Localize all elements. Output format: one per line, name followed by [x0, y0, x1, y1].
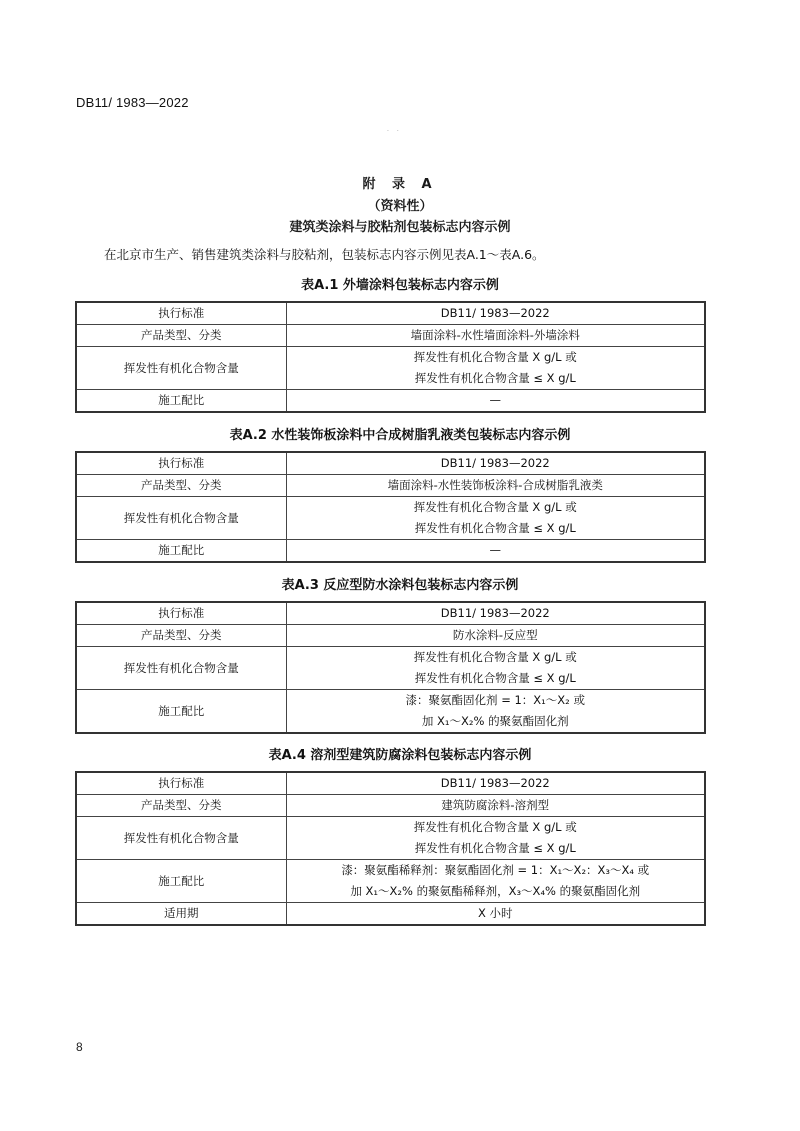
row-value: 漆：聚氨酯固化剂 = 1：X₁～X₂ 或 加 X₁～X₂% 的聚氨酯固化剂: [286, 690, 705, 734]
row-label: 产品类型、分类: [76, 795, 286, 817]
row-value: 墙面涂料-水性装饰板涂料-合成树脂乳液类: [286, 475, 705, 497]
row-label: 施工配比: [76, 390, 286, 413]
table-row: 适用期 X 小时: [76, 903, 705, 926]
table-row: 产品类型、分类 墙面涂料-水性装饰板涂料-合成树脂乳液类: [76, 475, 705, 497]
value-line: 挥发性有机化合物含量 ≤ X g/L: [287, 368, 705, 389]
appendix-heading: 建筑类涂料与胶粘剂包装标志内容示例: [0, 216, 800, 235]
row-label: 施工配比: [76, 860, 286, 903]
row-label: 适用期: [76, 903, 286, 926]
value-line: 挥发性有机化合物含量 ≤ X g/L: [287, 518, 705, 539]
row-value: 挥发性有机化合物含量 X g/L 或 挥发性有机化合物含量 ≤ X g/L: [286, 497, 705, 540]
row-value: DB11/ 1983—2022: [286, 302, 705, 325]
value-line: 挥发性有机化合物含量 X g/L 或: [287, 817, 705, 838]
value-line: 挥发性有机化合物含量 X g/L 或: [287, 497, 705, 518]
row-value: 挥发性有机化合物含量 X g/L 或 挥发性有机化合物含量 ≤ X g/L: [286, 347, 705, 390]
value-line: 挥发性有机化合物含量 X g/L 或: [287, 647, 705, 668]
page-number: 8: [76, 1040, 83, 1054]
table-row: 产品类型、分类 防水涂料-反应型: [76, 625, 705, 647]
table-row: 施工配比 —: [76, 390, 705, 413]
row-label: 执行标准: [76, 452, 286, 475]
row-label: 挥发性有机化合物含量: [76, 347, 286, 390]
table-row: 产品类型、分类 建筑防腐涂料-溶剂型: [76, 795, 705, 817]
table-row: 施工配比 漆：聚氨酯固化剂 = 1：X₁～X₂ 或 加 X₁～X₂% 的聚氨酯固…: [76, 690, 705, 734]
table-row: 挥发性有机化合物含量 挥发性有机化合物含量 X g/L 或 挥发性有机化合物含量…: [76, 347, 705, 390]
value-line: 加 X₁～X₂% 的聚氨酯固化剂: [287, 711, 705, 732]
row-value: 挥发性有机化合物含量 X g/L 或 挥发性有机化合物含量 ≤ X g/L: [286, 817, 705, 860]
table-row: 挥发性有机化合物含量 挥发性有机化合物含量 X g/L 或 挥发性有机化合物含量…: [76, 817, 705, 860]
table-row: 执行标准 DB11/ 1983—2022: [76, 452, 705, 475]
row-value: —: [286, 540, 705, 563]
row-value: DB11/ 1983—2022: [286, 602, 705, 625]
row-label: 执行标准: [76, 772, 286, 795]
table-a4-caption: 表A.4 溶剂型建筑防腐涂料包装标志内容示例: [0, 744, 800, 763]
intro-paragraph: 在北京市生产、销售建筑类涂料与胶粘剂，包装标志内容示例见表A.1～表A.6。: [104, 245, 545, 263]
table-row: 产品类型、分类 墙面涂料-水性墙面涂料-外墙涂料: [76, 325, 705, 347]
table-row: 施工配比 —: [76, 540, 705, 563]
value-line: 漆：聚氨酯固化剂 = 1：X₁～X₂ 或: [287, 690, 705, 711]
table-a2-caption: 表A.2 水性装饰板涂料中合成树脂乳液类包装标志内容示例: [0, 424, 800, 443]
table-row: 施工配比 漆：聚氨酯稀释剂：聚氨酯固化剂 = 1：X₁～X₂：X₃～X₄ 或 加…: [76, 860, 705, 903]
row-label: 施工配比: [76, 690, 286, 734]
row-value: 挥发性有机化合物含量 X g/L 或 挥发性有机化合物含量 ≤ X g/L: [286, 647, 705, 690]
row-label: 施工配比: [76, 540, 286, 563]
table-a3: 执行标准 DB11/ 1983—2022 产品类型、分类 防水涂料-反应型 挥发…: [75, 601, 706, 734]
row-value: —: [286, 390, 705, 413]
row-value: 墙面涂料-水性墙面涂料-外墙涂料: [286, 325, 705, 347]
row-label: 挥发性有机化合物含量: [76, 497, 286, 540]
table-row: 执行标准 DB11/ 1983—2022: [76, 772, 705, 795]
table-a4: 执行标准 DB11/ 1983—2022 产品类型、分类 建筑防腐涂料-溶剂型 …: [75, 771, 706, 926]
row-value: 防水涂料-反应型: [286, 625, 705, 647]
row-label: 产品类型、分类: [76, 475, 286, 497]
table-row: 挥发性有机化合物含量 挥发性有机化合物含量 X g/L 或 挥发性有机化合物含量…: [76, 497, 705, 540]
value-line: 加 X₁～X₂% 的聚氨酯稀释剂，X₃～X₄% 的聚氨酯固化剂: [287, 881, 705, 902]
row-label: 产品类型、分类: [76, 325, 286, 347]
appendix-title: 附 录 A: [0, 173, 800, 192]
scan-artifact: ··: [387, 128, 407, 135]
appendix-type: （资料性）: [0, 195, 800, 214]
table-a3-caption: 表A.3 反应型防水涂料包装标志内容示例: [0, 574, 800, 593]
row-label: 挥发性有机化合物含量: [76, 817, 286, 860]
row-label: 挥发性有机化合物含量: [76, 647, 286, 690]
table-a2: 执行标准 DB11/ 1983—2022 产品类型、分类 墙面涂料-水性装饰板涂…: [75, 451, 706, 563]
row-value: 漆：聚氨酯稀释剂：聚氨酯固化剂 = 1：X₁～X₂：X₃～X₄ 或 加 X₁～X…: [286, 860, 705, 903]
row-label: 执行标准: [76, 602, 286, 625]
value-line: 挥发性有机化合物含量 ≤ X g/L: [287, 838, 705, 859]
row-label: 执行标准: [76, 302, 286, 325]
table-row: 执行标准 DB11/ 1983—2022: [76, 602, 705, 625]
table-a1: 执行标准 DB11/ 1983—2022 产品类型、分类 墙面涂料-水性墙面涂料…: [75, 301, 706, 413]
value-line: 挥发性有机化合物含量 ≤ X g/L: [287, 668, 705, 689]
value-line: 挥发性有机化合物含量 X g/L 或: [287, 347, 705, 368]
row-label: 产品类型、分类: [76, 625, 286, 647]
table-row: 执行标准 DB11/ 1983—2022: [76, 302, 705, 325]
value-line: 漆：聚氨酯稀释剂：聚氨酯固化剂 = 1：X₁～X₂：X₃～X₄ 或: [287, 860, 705, 881]
row-value: X 小时: [286, 903, 705, 926]
table-row: 挥发性有机化合物含量 挥发性有机化合物含量 X g/L 或 挥发性有机化合物含量…: [76, 647, 705, 690]
row-value: 建筑防腐涂料-溶剂型: [286, 795, 705, 817]
row-value: DB11/ 1983—2022: [286, 452, 705, 475]
table-a1-caption: 表A.1 外墙涂料包装标志内容示例: [0, 274, 800, 293]
row-value: DB11/ 1983—2022: [286, 772, 705, 795]
standard-code-header: DB11/ 1983—2022: [76, 95, 189, 110]
